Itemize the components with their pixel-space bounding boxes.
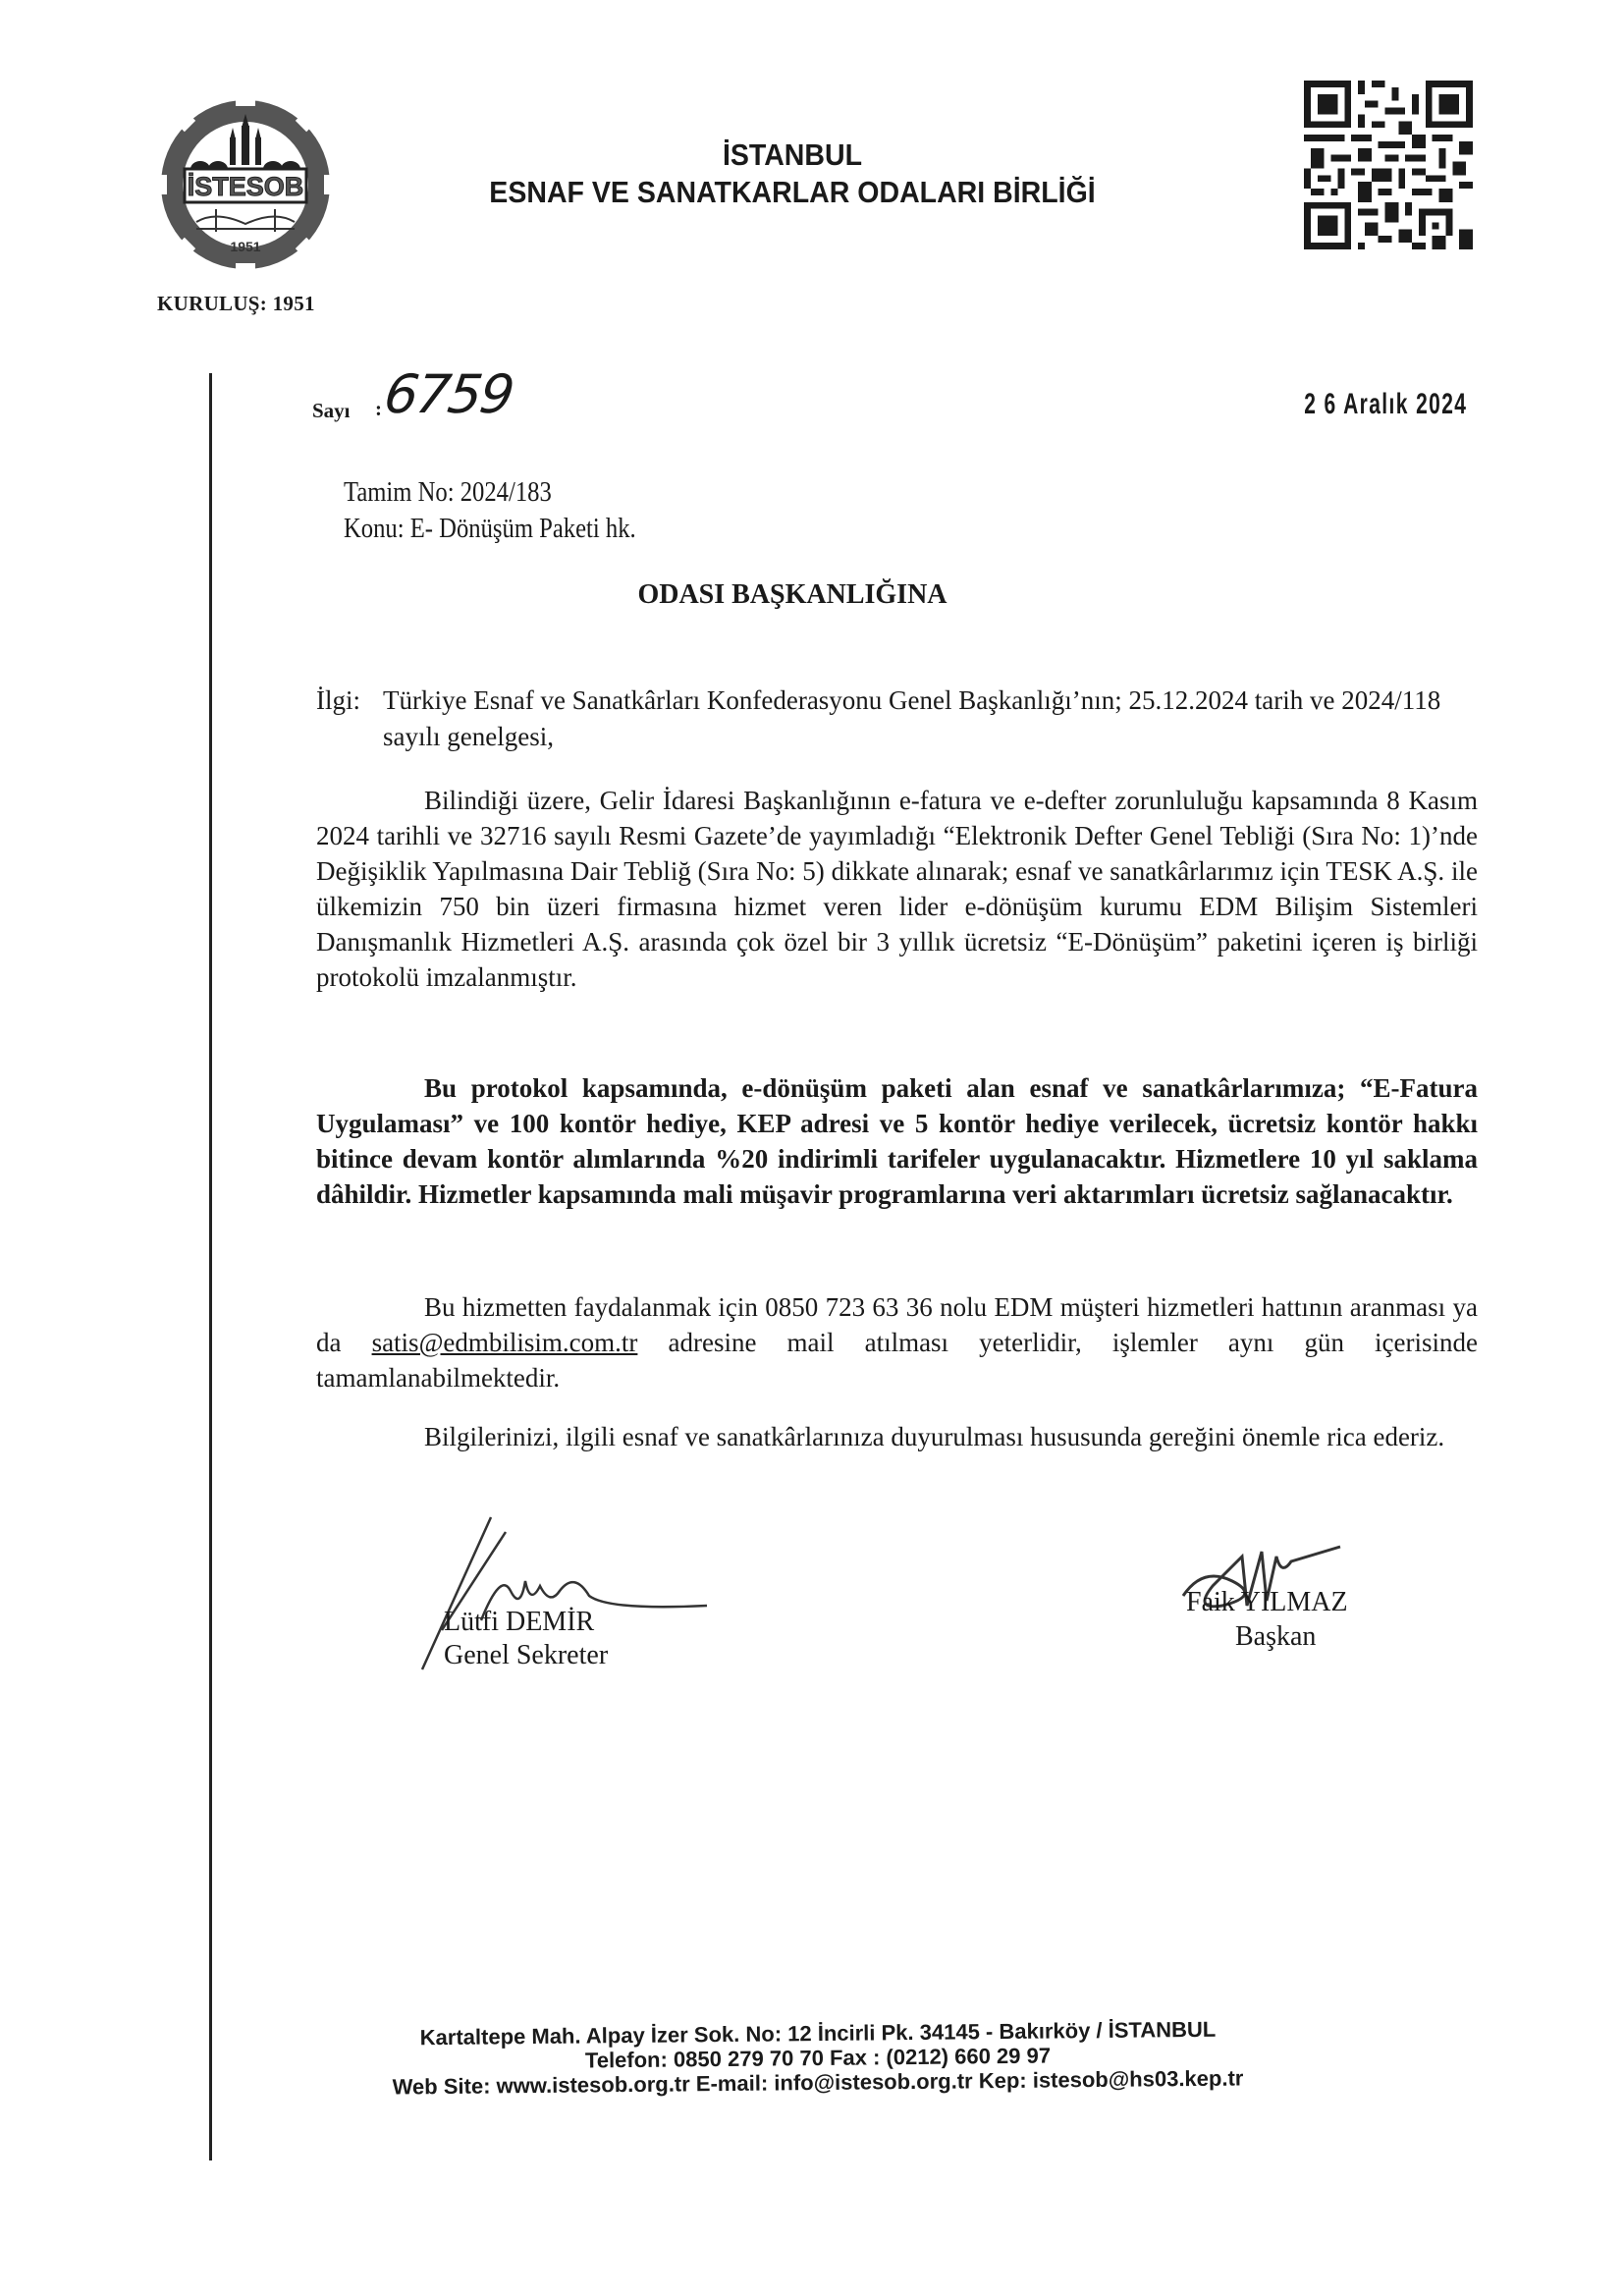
margin-line: [209, 373, 212, 2160]
sayi-number-handwritten: 6759: [381, 363, 516, 425]
body-paragraph-2-bold: Bu protokol kapsamında, e-dönüşüm paketi…: [316, 1070, 1478, 1212]
document-date: 2 6 Aralık 2024: [1304, 388, 1467, 421]
ilgi-text: Türkiye Esnaf ve Sanatkârları Konfederas…: [383, 683, 1478, 755]
email-link[interactable]: satis@edmbilisim.com.tr: [372, 1328, 638, 1357]
signatory-left-name: Lütfi DEMİR: [444, 1606, 594, 1639]
qr-code-icon: [1300, 81, 1477, 249]
sayi-label: Sayı: [312, 399, 351, 423]
body-paragraph-3: Bu hizmetten faydalanmak için 0850 723 6…: [316, 1289, 1478, 1395]
signatory-right-name: Faik YILMAZ: [1186, 1586, 1348, 1619]
body-paragraph-4: Bilgilerinizi, ilgili esnaf ve sanatkârl…: [316, 1419, 1478, 1454]
svg-text:1951: 1951: [230, 239, 260, 254]
founded-year: KURULUŞ: 1951: [157, 292, 315, 316]
addressee-heading: ODASI BAŞKANLIĞINA: [0, 579, 1604, 611]
signatory-left-title: Genel Sekreter: [444, 1639, 608, 1672]
tamim-number: Tamim No: 2024/183: [344, 477, 552, 509]
body-paragraph-1: Bilindiği üzere, Gelir İdaresi Başkanlığ…: [316, 783, 1478, 995]
ilgi-label: İlgi:: [316, 685, 360, 716]
signatory-right-title: Başkan: [1235, 1620, 1316, 1654]
subject-line: Konu: E- Dönüşüm Paketi hk.: [344, 514, 636, 545]
